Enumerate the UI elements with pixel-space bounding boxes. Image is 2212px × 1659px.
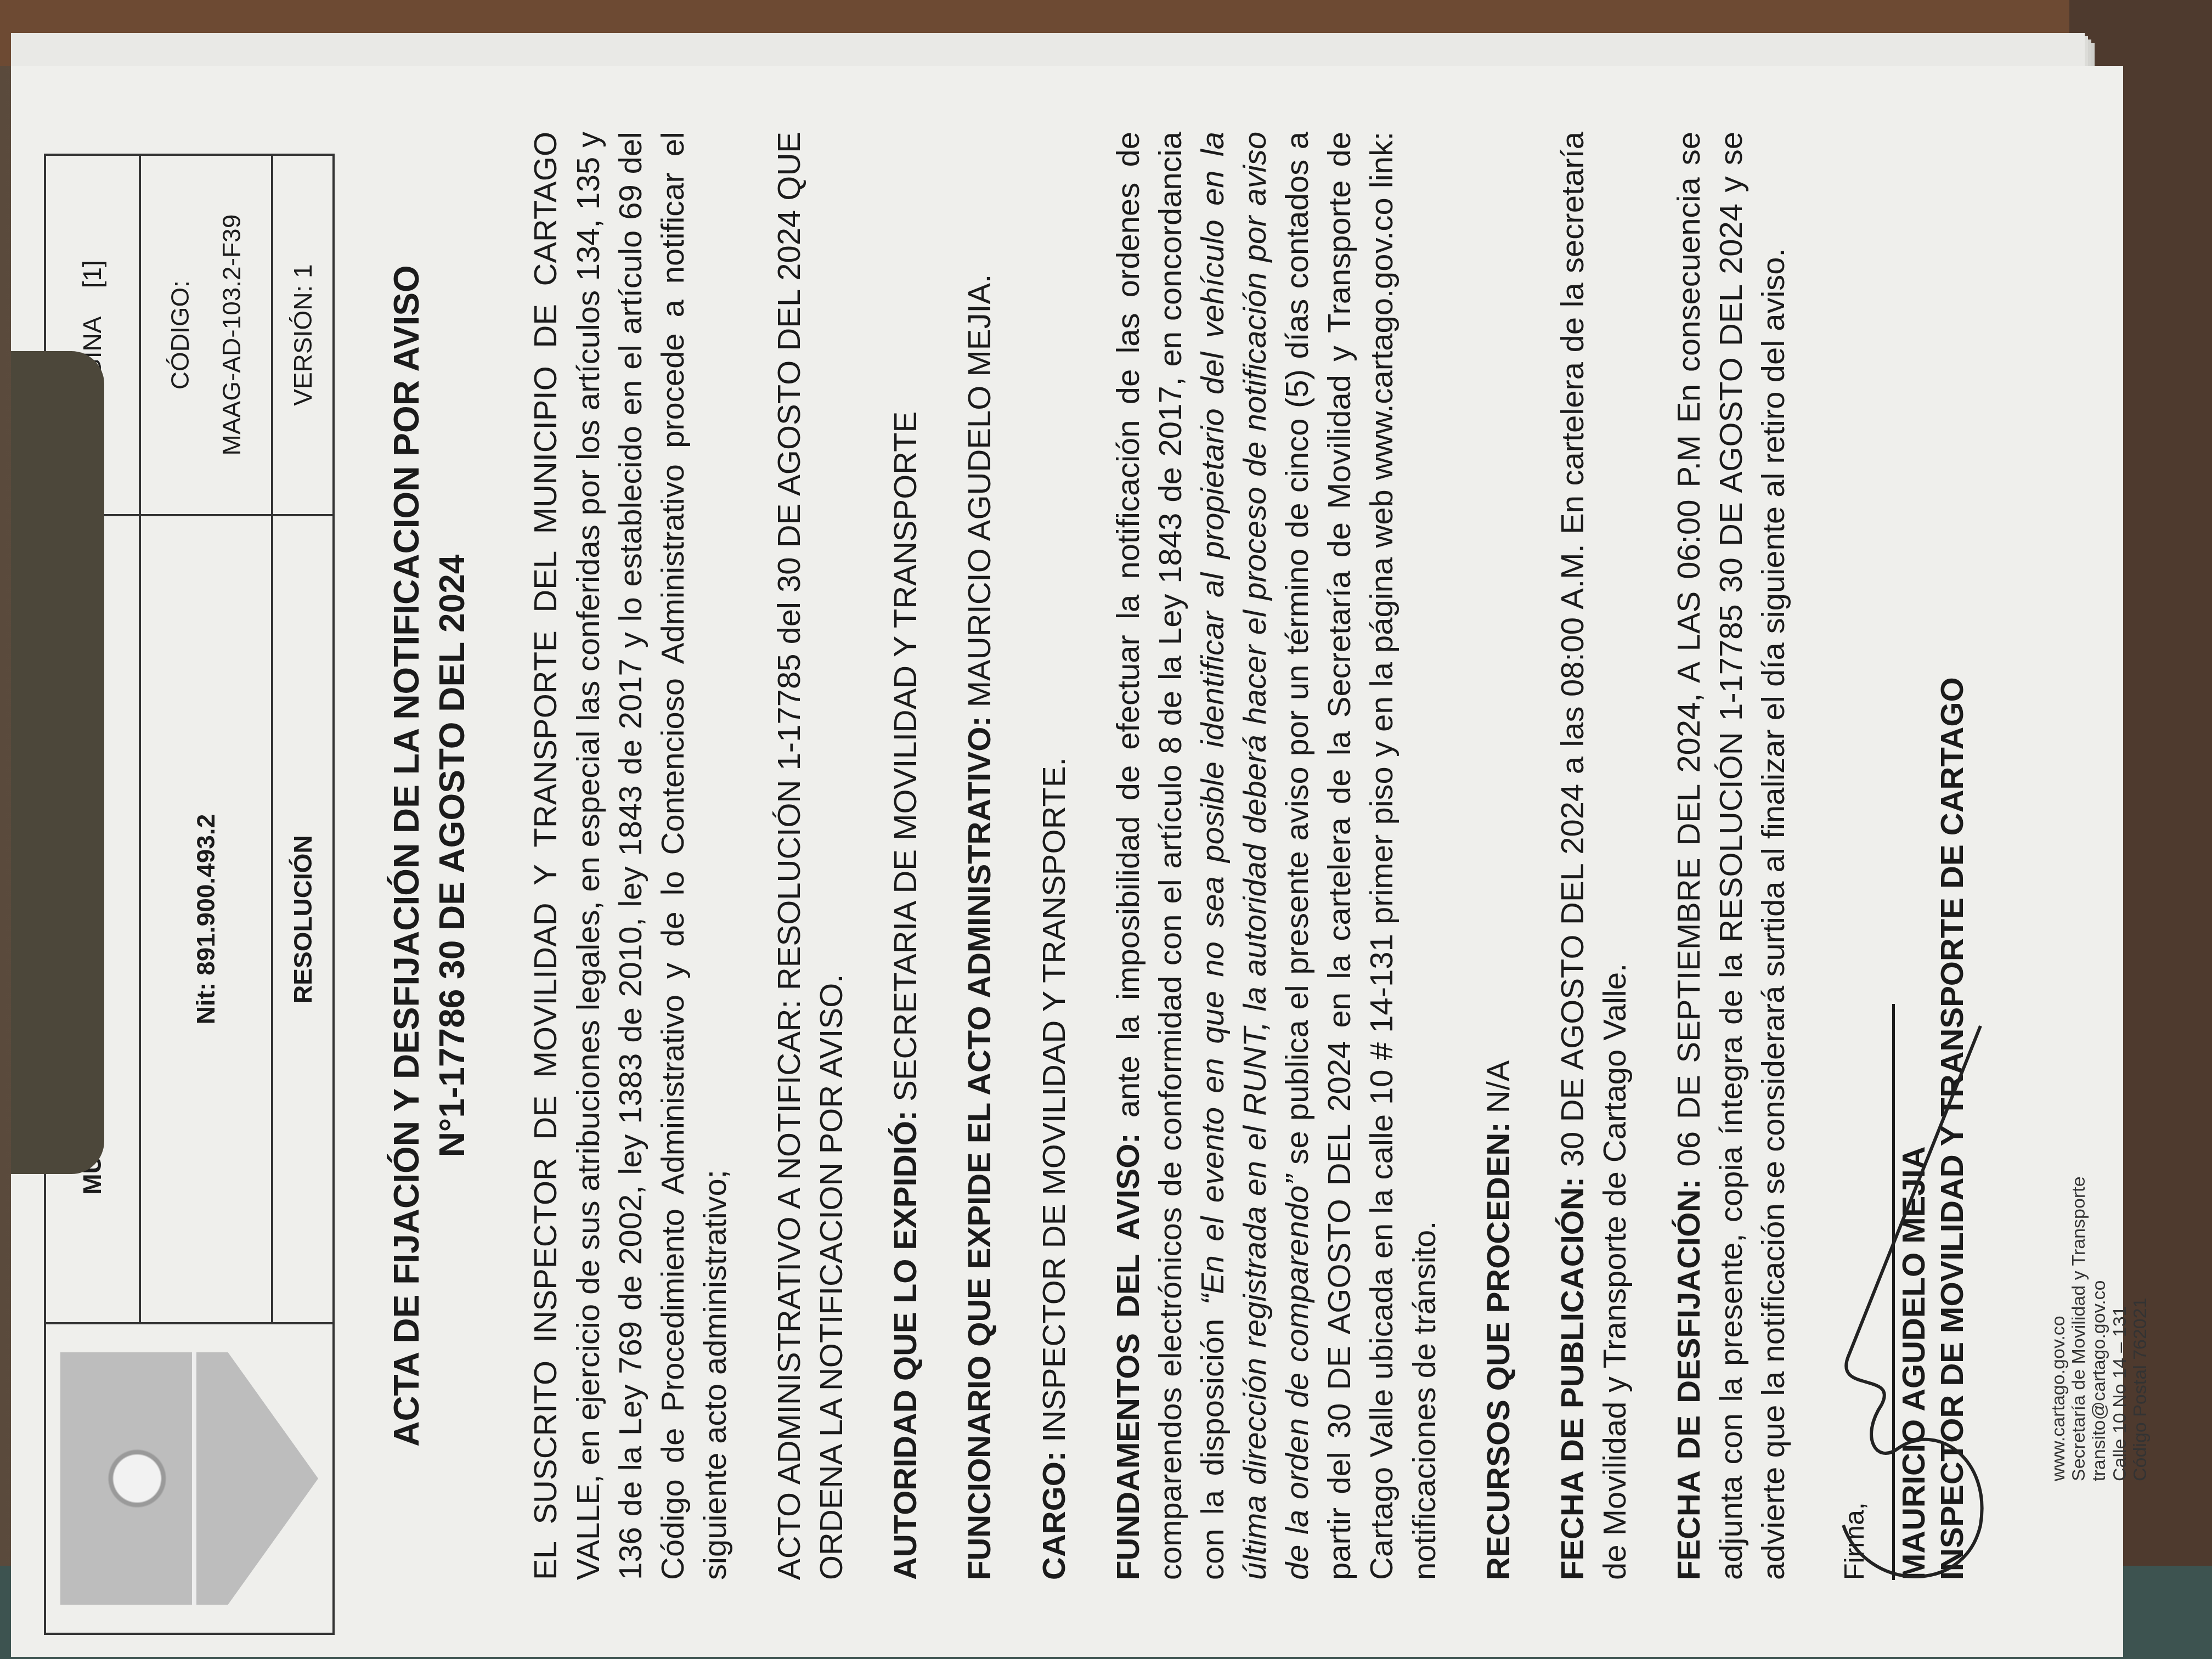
publicacion-paragraph: FECHA DE PUBLICACIÓN: 30 DE AGOSTO DEL 2… (1551, 132, 1636, 1580)
footer-email: transito@cartago.gov.co (2089, 132, 2109, 1481)
footer-department: Secretaría de Movilidad y Transporte (2069, 132, 2089, 1481)
fundamentos-label: FUNDAMENTOS DEL AVISO: (1110, 1133, 1146, 1580)
version: VERSIÓN: 1 (272, 155, 334, 515)
autoridad-paragraph: AUTORIDAD QUE LO EXPIDIÓ: SECRETARIA DE … (884, 132, 927, 1580)
cargo-paragraph: CARGO: INSPECTOR DE MOVILIDAD Y TRANSPOR… (1033, 132, 1075, 1580)
paper-stack: MUNICIPIO DE CARTAGO VALLE DEL CAUCA PAG… (11, 33, 2085, 1591)
funcionario-label: FUNCIONARIO QUE EXPIDE EL ACTO ADMINISTR… (962, 716, 997, 1580)
intro-paragraph: EL SUSCRITO INSPECTOR DE MOVILIDAD Y TRA… (524, 132, 736, 1580)
footer-postal-code: Código Postal 762021 (2130, 132, 2151, 1481)
nit: Nit: 891.900.493.2 (140, 515, 272, 1323)
funcionario-paragraph: FUNCIONARIO QUE EXPIDE EL ACTO ADMINISTR… (958, 132, 1001, 1580)
shield-cell (45, 1323, 334, 1634)
acto-paragraph: ACTO ADMINISTRATIVO A NOTIFICAR: RESOLUC… (768, 132, 853, 1580)
title-line-2: N°1-17786 30 DE AGOSTO DEL 2024 (430, 132, 475, 1580)
code-cell: CÓDIGO: MAAG-AD-103.2-F39 (140, 155, 272, 515)
binder-clip (11, 351, 104, 1174)
coat-of-arms-icon (60, 1352, 318, 1605)
autoridad-label: AUTORIDAD QUE LO EXPIDIÓ: (888, 1110, 923, 1580)
publicacion-label: FECHA DE PUBLICACIÓN: (1555, 1177, 1590, 1580)
document-title: ACTA DE FIJACIÓN Y DESFIJACIÓN DE LA NOT… (384, 132, 475, 1580)
footer-contact: www.cartago.gov.co Secretaría de Movilid… (2049, 132, 2151, 1481)
autoridad-value: SECRETARIA DE MOVILIDAD Y TRANSPORTE (888, 411, 923, 1102)
recursos-value: N/A (1481, 1060, 1516, 1114)
sun-icon (82, 1424, 192, 1533)
footer-website: www.cartago.gov.co (2049, 132, 2069, 1481)
funcionario-value: MAURICIO AGUDELO MEJIA. (962, 274, 997, 708)
title-line-1: ACTA DE FIJACIÓN Y DESFIJACIÓN DE LA NOT… (384, 132, 430, 1580)
recursos-label: RECURSOS QUE PROCEDEN: (1481, 1122, 1516, 1580)
recursos-paragraph: RECURSOS QUE PROCEDEN: N/A (1477, 132, 1520, 1580)
footer-address: Calle 10 No 14 – 131 (2110, 132, 2130, 1481)
desfijacion-paragraph: FECHA DE DESFIJACIÓN: 06 DE SEPTIEMBRE D… (1668, 132, 1795, 1580)
doc-type: RESOLUCIÓN (272, 515, 334, 1323)
document-page: MUNICIPIO DE CARTAGO VALLE DEL CAUCA PAG… (11, 66, 2123, 1657)
page-value: [1] (78, 260, 106, 288)
code-label: CÓDIGO: (165, 162, 195, 507)
cargo-value: INSPECTOR DE MOVILIDAD Y TRANSPORTE. (1036, 757, 1072, 1442)
code-value: MAAG-AD-103.2-F39 (217, 162, 246, 507)
cargo-label: CARGO: (1036, 1451, 1072, 1580)
handwritten-signature-icon (1799, 998, 2030, 1602)
desfijacion-label: FECHA DE DESFIJACIÓN: (1671, 1179, 1707, 1580)
fundamentos-paragraph: FUNDAMENTOS DEL AVISO: ante la imposibil… (1107, 132, 1446, 1580)
